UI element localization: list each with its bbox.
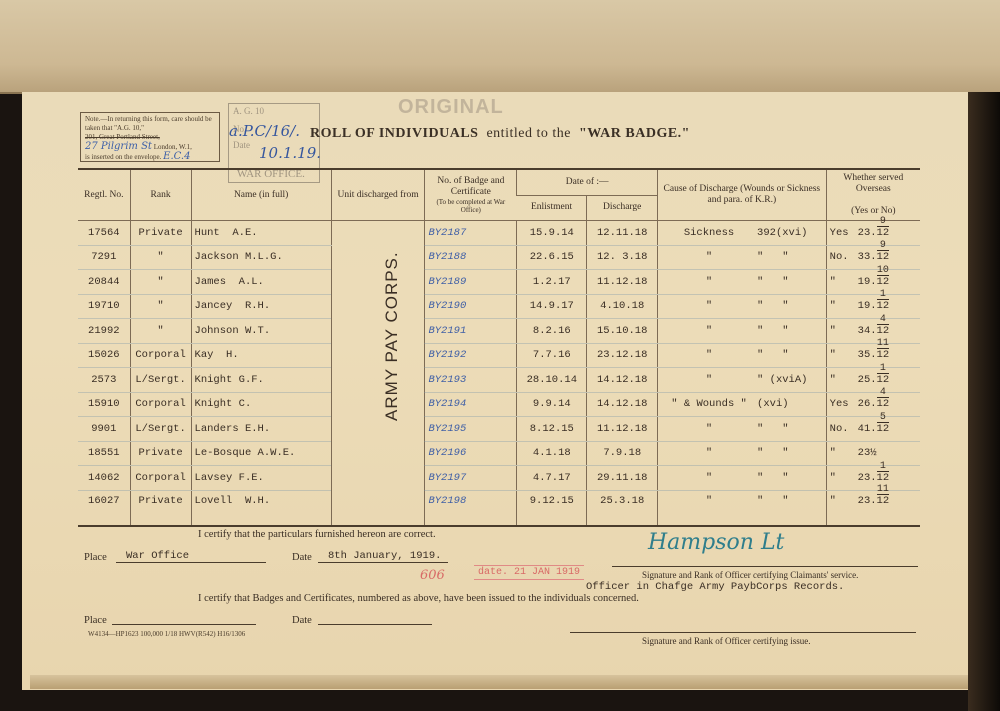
years-service: 23½ bbox=[858, 447, 877, 459]
form-code: W4134—HP1623 100,000 1/18 HWV(R542) H16/… bbox=[88, 630, 245, 638]
cell-discharge: 14.12.18 bbox=[587, 392, 658, 417]
cell-badge-number: BY2197 bbox=[425, 466, 517, 491]
years-fraction: 512 bbox=[877, 423, 890, 435]
signature-caption-2: Signature and Rank of Officer certifying… bbox=[642, 636, 811, 646]
years-fraction: 912 bbox=[877, 227, 890, 239]
header-overseas-note: (Yes or No) bbox=[851, 206, 895, 216]
cell-enlistment: 22.6.15 bbox=[517, 245, 587, 270]
years-service: 34. bbox=[858, 325, 877, 337]
cell-badge-number: BY2198 bbox=[425, 490, 517, 526]
place-label: Place bbox=[84, 552, 107, 563]
cell-badge-number: BY2196 bbox=[425, 441, 517, 466]
cell-rank: " bbox=[130, 270, 191, 295]
cell-rank: Corporal bbox=[130, 466, 191, 491]
cell-regtl-no: 19710 bbox=[78, 294, 130, 319]
table-row: 19710"Jancey R.H.BY219014.9.174.10.18"" … bbox=[78, 294, 920, 319]
cell-enlistment: 15.9.14 bbox=[517, 221, 587, 246]
overseas-answer: " bbox=[830, 447, 858, 459]
cell-overseas: "25.112 bbox=[826, 368, 920, 393]
cell-regtl-no: 7291 bbox=[78, 245, 130, 270]
cell-regtl-no: 20844 bbox=[78, 270, 130, 295]
cell-enlistment: 8.2.16 bbox=[517, 319, 587, 344]
cell-overseas: "19.112 bbox=[826, 294, 920, 319]
note-text-end: is inserted on the envelope. bbox=[85, 153, 161, 161]
cell-rank: Private bbox=[130, 441, 191, 466]
cell-discharge: 14.12.18 bbox=[587, 368, 658, 393]
years-service: 23. bbox=[858, 227, 877, 239]
cell-badge-number: BY2192 bbox=[425, 343, 517, 368]
header-badge-note: (To be completed at War Office) bbox=[427, 198, 514, 214]
years-service: 23. bbox=[858, 472, 877, 484]
years-fraction: 412 bbox=[877, 398, 890, 410]
cell-badge-number: BY2190 bbox=[425, 294, 517, 319]
cell-enlistment: 4.7.17 bbox=[517, 466, 587, 491]
cell-name: Hunt A.E. bbox=[191, 221, 331, 246]
cell-discharge: 29.11.18 bbox=[587, 466, 658, 491]
cell-name: Le-Bosque A.W.E. bbox=[191, 441, 331, 466]
cell-overseas: "35.1112 bbox=[826, 343, 920, 368]
kr-para: " (xviA) bbox=[757, 374, 807, 386]
cell-discharge: 25.3.18 bbox=[587, 490, 658, 526]
cause-text: " bbox=[661, 251, 757, 263]
overseas-answer: Yes bbox=[830, 227, 858, 239]
overseas-answer: " bbox=[830, 495, 858, 507]
cell-overseas: "19.1012 bbox=[826, 270, 920, 295]
years-fraction: 412 bbox=[877, 325, 890, 337]
kr-para: " " bbox=[757, 325, 789, 337]
overseas-answer: " bbox=[830, 276, 858, 288]
cell-rank: Private bbox=[130, 221, 191, 246]
cell-name: Lovell W.H. bbox=[191, 490, 331, 526]
years-service: 26. bbox=[858, 398, 877, 410]
signature-line-2 bbox=[570, 632, 916, 633]
cell-overseas: No.33.912 bbox=[826, 245, 920, 270]
kr-para: " " bbox=[757, 423, 789, 435]
note-handwritten-postcode: E.C.4 bbox=[163, 151, 190, 162]
overseas-answer: " bbox=[830, 300, 858, 312]
header-date-of: Date of :— bbox=[517, 169, 658, 195]
years-service: 41. bbox=[858, 423, 877, 435]
table-row: 7291"Jackson M.L.G.BY218822.6.1512. 3.18… bbox=[78, 245, 920, 270]
cell-regtl-no: 14062 bbox=[78, 466, 130, 491]
overseas-answer: " bbox=[830, 349, 858, 361]
kr-para: " " bbox=[757, 251, 789, 263]
unit-value: ARMY PAY CORPS. bbox=[382, 261, 402, 421]
cause-text: " bbox=[661, 300, 757, 312]
title-part1: ROLL OF INDIVIDUALS bbox=[310, 126, 478, 141]
title-part3: "WAR BADGE." bbox=[579, 126, 690, 141]
note-city: London, W.1, bbox=[154, 143, 192, 151]
cell-cause: "" (xviA) bbox=[658, 368, 827, 393]
table-row: 16027PrivateLovell W.H.BY21989.12.1525.3… bbox=[78, 490, 920, 526]
years-service: 35. bbox=[858, 349, 877, 361]
cell-regtl-no: 18551 bbox=[78, 441, 130, 466]
cause-text: " bbox=[661, 349, 757, 361]
cell-cause: "" " bbox=[658, 245, 827, 270]
place2-blank bbox=[112, 624, 256, 625]
header-overseas-label: Whether served Overseas bbox=[843, 173, 903, 194]
kr-para: " " bbox=[757, 349, 789, 361]
handwritten-reference: a.P.C/16/. bbox=[229, 122, 300, 140]
signature-line-1 bbox=[612, 566, 918, 567]
cell-rank: Corporal bbox=[130, 343, 191, 368]
ag-label: A. G. 10 bbox=[233, 106, 315, 116]
cell-rank: Private bbox=[130, 490, 191, 526]
cell-rank: L/Sergt. bbox=[130, 368, 191, 393]
overseas-answer: Yes bbox=[830, 398, 858, 410]
red-stamp-number: 606 bbox=[420, 568, 445, 583]
cell-discharge: 23.12.18 bbox=[587, 343, 658, 368]
handwritten-date: 10.1.19. bbox=[259, 144, 321, 162]
cell-overseas: "34.412 bbox=[826, 319, 920, 344]
cell-regtl-no: 21992 bbox=[78, 319, 130, 344]
cause-text: " bbox=[661, 495, 757, 507]
cell-overseas: "23.112 bbox=[826, 466, 920, 491]
kr-para: " " bbox=[757, 447, 789, 459]
cell-badge-number: BY2188 bbox=[425, 245, 517, 270]
kr-para: (xvi) bbox=[757, 398, 789, 410]
war-badge-roll-table: Regtl. No. Rank Name (in full) Unit disc… bbox=[78, 168, 920, 527]
date-label: Date bbox=[292, 552, 312, 563]
cell-cause: "" " bbox=[658, 466, 827, 491]
cell-enlistment: 14.9.17 bbox=[517, 294, 587, 319]
note-handwritten-address: 27 Pilgrim St bbox=[85, 141, 152, 152]
cause-text: " bbox=[661, 423, 757, 435]
cell-regtl-no: 2573 bbox=[78, 368, 130, 393]
note-text: Note.—In returning this form, care shoul… bbox=[85, 115, 212, 132]
cell-cause: "" " bbox=[658, 441, 827, 466]
header-discharge: Discharge bbox=[587, 195, 658, 220]
cell-name: James A.L. bbox=[191, 270, 331, 295]
cell-badge-number: BY2191 bbox=[425, 319, 517, 344]
header-overseas: Whether served Overseas (Yes or No) bbox=[826, 169, 920, 221]
overseas-answer: No. bbox=[830, 423, 858, 435]
cell-discharge: 15.10.18 bbox=[587, 319, 658, 344]
cell-regtl-no: 17564 bbox=[78, 221, 130, 246]
certification-statement-2: I certify that Badges and Certificates, … bbox=[198, 593, 639, 604]
cell-enlistment: 8.12.15 bbox=[517, 417, 587, 442]
table-row: 21992"Johnson W.T.BY21918.2.1615.10.18""… bbox=[78, 319, 920, 344]
table-row: 17564PrivateHunt A.E.ARMY PAY CORPS.BY21… bbox=[78, 221, 920, 246]
cell-rank: " bbox=[130, 319, 191, 344]
years-fraction: 1012 bbox=[877, 276, 890, 288]
cell-enlistment: 28.10.14 bbox=[517, 368, 587, 393]
cell-discharge: 12.11.18 bbox=[587, 221, 658, 246]
cell-rank: Corporal bbox=[130, 392, 191, 417]
document-title: ROLL OF INDIVIDUALS entitled to the "WAR… bbox=[310, 126, 690, 142]
cell-name: Jancey R.H. bbox=[191, 294, 331, 319]
header-rank: Rank bbox=[130, 169, 191, 221]
kr-para: " " bbox=[757, 495, 789, 507]
years-service: 19. bbox=[858, 300, 877, 312]
years-service: 25. bbox=[858, 374, 877, 386]
overseas-answer: " bbox=[830, 325, 858, 337]
title-part2: entitled to the bbox=[486, 126, 570, 141]
header-badge-label: No. of Badge and Certificate bbox=[437, 176, 504, 197]
table-row: 9901L/Sergt.Landers E.H.BY21958.12.1511.… bbox=[78, 417, 920, 442]
years-service: 23. bbox=[858, 495, 877, 507]
years-fraction: 112 bbox=[877, 300, 890, 312]
book-spine-shadow bbox=[968, 92, 1000, 711]
cell-rank: L/Sergt. bbox=[130, 417, 191, 442]
header-badge: No. of Badge and Certificate (To be comp… bbox=[425, 169, 517, 221]
place2-label: Place bbox=[84, 615, 107, 626]
cell-discharge: 4.10.18 bbox=[587, 294, 658, 319]
cell-discharge: 7.9.18 bbox=[587, 441, 658, 466]
overleaf-page bbox=[0, 0, 1000, 94]
cell-badge-number: BY2193 bbox=[425, 368, 517, 393]
date2-label: Date bbox=[292, 615, 312, 626]
years-service: 33. bbox=[858, 251, 877, 263]
return-note-box: Note.—In returning this form, care shoul… bbox=[80, 112, 220, 162]
cause-text: Sickness bbox=[661, 227, 757, 239]
overseas-answer: " bbox=[830, 374, 858, 386]
cell-discharge: 12. 3.18 bbox=[587, 245, 658, 270]
cell-rank: " bbox=[130, 294, 191, 319]
cell-enlistment: 7.7.16 bbox=[517, 343, 587, 368]
cell-badge-number: BY2194 bbox=[425, 392, 517, 417]
officer-title: Officer in Chafge Army PaybCorps Records… bbox=[586, 581, 844, 593]
kr-para: " " bbox=[757, 472, 789, 484]
cell-regtl-no: 15910 bbox=[78, 392, 130, 417]
certification-statement-1: I certify that the particulars furnished… bbox=[198, 529, 436, 540]
kr-para: " " bbox=[757, 300, 789, 312]
table-row: 18551PrivateLe-Bosque A.W.E.BY21964.1.18… bbox=[78, 441, 920, 466]
cell-discharge: 11.12.18 bbox=[587, 270, 658, 295]
cell-overseas: "23½ bbox=[826, 441, 920, 466]
cell-enlistment: 9.9.14 bbox=[517, 392, 587, 417]
cell-name: Knight G.F. bbox=[191, 368, 331, 393]
page-edges bbox=[30, 675, 975, 689]
cell-cause: "" " bbox=[658, 417, 827, 442]
cell-enlistment: 9.12.15 bbox=[517, 490, 587, 526]
cause-text: " bbox=[661, 374, 757, 386]
cause-text: " & Wounds " bbox=[661, 398, 757, 410]
kr-para: " " bbox=[757, 276, 789, 288]
cell-rank: " bbox=[130, 245, 191, 270]
cell-badge-number: BY2195 bbox=[425, 417, 517, 442]
header-name: Name (in full) bbox=[191, 169, 331, 221]
cell-name: Johnson W.T. bbox=[191, 319, 331, 344]
years-fraction: 912 bbox=[877, 251, 890, 263]
years-fraction: 112 bbox=[877, 374, 890, 386]
date2-blank bbox=[318, 624, 432, 625]
header-cause: Cause of Discharge (Wounds or Sickness a… bbox=[658, 169, 827, 221]
cause-text: " bbox=[661, 325, 757, 337]
cell-badge-number: BY2187 bbox=[425, 221, 517, 246]
cell-regtl-no: 9901 bbox=[78, 417, 130, 442]
cell-cause: "" " bbox=[658, 294, 827, 319]
cell-cause: "" " bbox=[658, 319, 827, 344]
unit-cell: ARMY PAY CORPS. bbox=[331, 221, 425, 526]
table-row: 15910CorporalKnight C.BY21949.9.1414.12.… bbox=[78, 392, 920, 417]
cause-text: " bbox=[661, 472, 757, 484]
officer-signature: Hampson Lt bbox=[648, 530, 784, 555]
cell-overseas: No.41.512 bbox=[826, 417, 920, 442]
cause-text: " bbox=[661, 276, 757, 288]
cell-name: Kay H. bbox=[191, 343, 331, 368]
overseas-answer: No. bbox=[830, 251, 858, 263]
cell-name: Landers E.H. bbox=[191, 417, 331, 442]
header-regtl-no: Regtl. No. bbox=[78, 169, 130, 221]
overseas-answer: " bbox=[830, 472, 858, 484]
cell-enlistment: 4.1.18 bbox=[517, 441, 587, 466]
cell-overseas: Yes26.412 bbox=[826, 392, 920, 417]
cell-enlistment: 1.2.17 bbox=[517, 270, 587, 295]
header-enlistment: Enlistment bbox=[517, 195, 587, 220]
cell-overseas: Yes23.912 bbox=[826, 221, 920, 246]
years-fraction: 112 bbox=[877, 472, 890, 484]
cell-badge-number: BY2189 bbox=[425, 270, 517, 295]
cell-cause: "" " bbox=[658, 270, 827, 295]
table-row: 14062CorporalLavsey F.E.BY21974.7.1729.1… bbox=[78, 466, 920, 491]
cell-cause: "" " bbox=[658, 490, 827, 526]
original-watermark: ORIGINAL bbox=[398, 96, 504, 119]
cell-name: Jackson M.L.G. bbox=[191, 245, 331, 270]
table-row: 20844"James A.L.BY21891.2.1711.12.18"" "… bbox=[78, 270, 920, 295]
note-struck-address: 201, Great Portland Street, bbox=[85, 133, 160, 141]
cell-regtl-no: 15026 bbox=[78, 343, 130, 368]
place-value: War Office bbox=[116, 550, 266, 563]
header-unit: Unit discharged from bbox=[331, 169, 425, 221]
table-row: 2573L/Sergt.Knight G.F.BY219328.10.1414.… bbox=[78, 368, 920, 393]
cell-overseas: "23.1112 bbox=[826, 490, 920, 526]
cell-cause: " & Wounds "(xvi) bbox=[658, 392, 827, 417]
cell-name: Lavsey F.E. bbox=[191, 466, 331, 491]
years-fraction: 1112 bbox=[877, 349, 890, 361]
cell-discharge: 11.12.18 bbox=[587, 417, 658, 442]
received-date-stamp: date. 21 JAN 1919 bbox=[474, 565, 584, 580]
cell-name: Knight C. bbox=[191, 392, 331, 417]
years-service: 19. bbox=[858, 276, 877, 288]
date-value: 8th January, 1919. bbox=[318, 550, 448, 563]
table-row: 15026CorporalKay H.BY21927.7.1623.12.18"… bbox=[78, 343, 920, 368]
cell-cause: Sickness392(xvi) bbox=[658, 221, 827, 246]
kr-para: 392(xvi) bbox=[757, 227, 807, 239]
cell-cause: "" " bbox=[658, 343, 827, 368]
signature-caption-1: Signature and Rank of Officer certifying… bbox=[642, 570, 858, 580]
years-fraction: 1112 bbox=[877, 495, 890, 507]
cell-regtl-no: 16027 bbox=[78, 490, 130, 526]
cause-text: " bbox=[661, 447, 757, 459]
